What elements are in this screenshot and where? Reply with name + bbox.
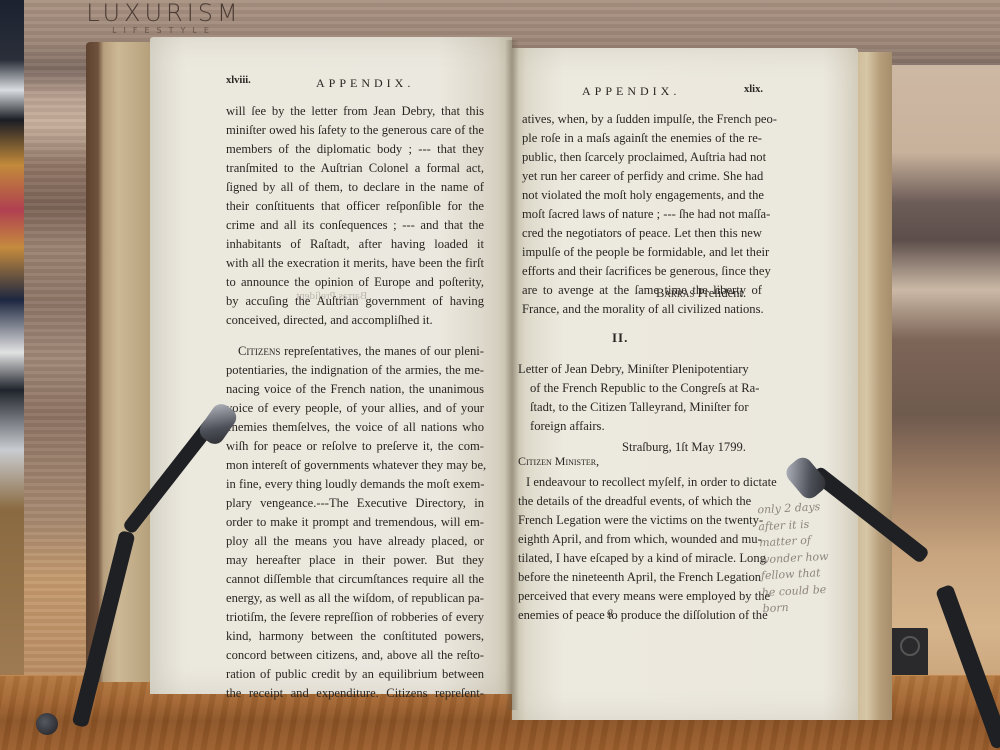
text-line: atives, when, by a ſudden impulſe, the F… — [522, 110, 762, 129]
right-running-head: APPENDIX. — [582, 84, 680, 99]
text-line: concord between citizens, and, above all… — [226, 646, 484, 665]
text-line: impulſe of the people be formidable, and… — [522, 243, 762, 262]
text-line: miniſter owed his ſafety to the generous… — [226, 121, 484, 140]
text-line: voice of every people, of your allies, a… — [226, 399, 484, 418]
text-line: ple roſe in a maſs againſt the enemies o… — [522, 129, 762, 148]
left-page-body: will ſee by the letter from Jean Debry, … — [226, 102, 484, 703]
letter-salutation: Citizen Minister, — [518, 454, 599, 469]
text-line: conceived, directed, and accompliſhed it… — [226, 311, 484, 330]
text-line: tranſmited to the Auſtrian Colonel a for… — [226, 159, 484, 178]
watermark-logo: LUXURISM LIFESTYLE — [74, 0, 254, 36]
text-line: cred the negotiators of peace. Let then … — [522, 224, 762, 243]
text-line: not violated the moſt holy engagements, … — [522, 186, 762, 205]
barras-signature: Barras Preſident. — [656, 286, 746, 301]
text-line: their conſtituents that officer reſponſi… — [226, 197, 484, 216]
text-line: ſigned by all of them, to declare in the… — [226, 178, 484, 197]
text-line: nacing voice of the French nation, the u… — [226, 380, 484, 399]
text-line: mon intereſt of governments whatever the… — [226, 456, 484, 475]
text-line: Citizens repreſentatives, the manes of o… — [226, 342, 484, 361]
text-line: efforts and their ſacrifices be generous… — [522, 262, 762, 281]
text-line: energy, as well as all the wiſdom, of re… — [226, 589, 484, 608]
text-line: yet run her career of perfidy and crime.… — [522, 167, 762, 186]
bleed-through-text: Barras Preſident — [296, 290, 367, 302]
text-line: ploy all the means you have already plac… — [226, 532, 484, 551]
left-folio: xlviii. — [226, 75, 251, 86]
book-photo: LUXURISM LIFESTYLE xlviii. APPENDIX. wil… — [0, 0, 1000, 750]
letter-body: I endeavour to recollect myſelf, in orde… — [518, 473, 754, 625]
text-line: public, then ſcarcely proclaimed, Auſtri… — [522, 148, 762, 167]
paragraph-lead: Citizens — [238, 344, 280, 358]
text-line: plary vengeance.---The Executive Directo… — [226, 494, 484, 513]
text-line: the receipt and expenditure. Citizens re… — [226, 684, 484, 703]
text-line: potentiaries, the indignation of the arm… — [226, 361, 484, 380]
book-gutter — [505, 40, 519, 710]
letter-title: Letter of Jean Debry, Miniſter Plenipote… — [518, 360, 762, 436]
watermark-brand: LUXURISM — [74, 0, 254, 26]
text-line: may hereafter place in their power. But … — [226, 551, 484, 570]
printer-signature-mark: g — [607, 604, 613, 619]
text-line: France, and the morality of all civilize… — [522, 300, 762, 319]
screw-icon — [36, 713, 58, 735]
text-line: moſt ſacred laws of nature ; --- ſhe had… — [522, 205, 762, 224]
left-running-head: APPENDIX. — [316, 76, 414, 91]
text-line: kind, harmony between the conſtituted po… — [226, 627, 484, 646]
pencil-margin-note: only 2 days after it is matter of wonder… — [757, 498, 853, 618]
text-line: members of the diplomatic body ; --- tha… — [226, 140, 484, 159]
section-number: II. — [612, 330, 628, 346]
text-line: enemies themſelves, the voice of all nat… — [226, 418, 484, 437]
text-line: order to make it prompt and tremendous, … — [226, 513, 484, 532]
text-line: will ſee by the letter from Jean Debry, … — [226, 102, 484, 121]
text-line: wiſh for peace or reſolve to preſerve it… — [226, 437, 484, 456]
text-line: cannot diſſemble that circumſtances requ… — [226, 570, 484, 589]
watermark-tagline: LIFESTYLE — [74, 26, 254, 36]
text-line: inhabitants of Raſtadt, after having loa… — [226, 235, 484, 254]
text-line: in fine, every thing loudly demands the … — [226, 475, 484, 494]
text-line: ration of public credit by an equilibriu… — [226, 665, 484, 684]
text-line: crime and all its conſequences ; --- and… — [226, 216, 484, 235]
text-line: with all the execration it merits, have … — [226, 254, 484, 273]
right-folio: xlix. — [744, 84, 763, 95]
text-line: triotiſm, the ſevere repreſſion of robbe… — [226, 608, 484, 627]
letter-dateline: Straſburg, 1ſt May 1799. — [622, 440, 746, 455]
